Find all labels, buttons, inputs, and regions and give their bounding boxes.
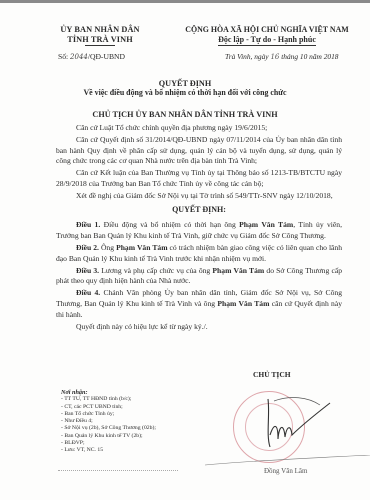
recipient-item: - CT, các PCT UBND tỉnh; <box>61 404 156 411</box>
article-4: Điều 4. Chánh Văn phòng Ủy ban nhân dân … <box>56 288 342 320</box>
issuer-line2: TỈNH TRÀ VINH <box>67 35 133 45</box>
signature-flourish-icon <box>205 455 370 467</box>
person-name: Phạm Văn Tám <box>212 266 264 275</box>
article-text: Điều động và bổ nhiệm có thời hạn ông <box>100 220 239 229</box>
decision-heading: QUYẾT ĐỊNH: <box>56 205 342 216</box>
article-label: Điều 2. <box>76 243 99 252</box>
recipient-item: - Lưu: VT, NC. 15 <box>61 447 156 454</box>
recipient-item: - Sở Nội vụ (2b), Sở Công Thương (02b); <box>61 425 156 432</box>
document-body: Căn cứ Luật Tổ chức chính quyền địa phươ… <box>56 123 342 334</box>
preamble-4: Xét đề nghị của Giám đốc Sở Nội vụ tại T… <box>56 191 342 202</box>
subtitle-text: Về việc điều động và bổ nhiệm có thời hạ… <box>83 88 286 97</box>
date-suffix: tháng 10 năm 2018 <box>279 52 338 61</box>
article-text: Ông <box>99 243 116 252</box>
date-prefix: Trà Vinh, ngày <box>225 52 270 61</box>
recipient-item: - BLĐVP; <box>61 440 156 447</box>
national-header: CỘNG HÒA XÃ HỘI CHỦ NGHĨA VIỆT NAM Độc l… <box>167 25 367 46</box>
preamble-3: Căn cứ Kết luận của Ban Thường vụ Tỉnh ủ… <box>56 168 342 189</box>
article-1: Điều 1. Điều động và bổ nhiệm có thời hạ… <box>56 220 342 241</box>
effective-clause: Quyết định này có hiệu lực kể từ ngày ký… <box>56 322 342 333</box>
article-label: Điều 3. <box>76 266 99 275</box>
article-2: Điều 2. Ông Phạm Văn Tám có trách nhiệm … <box>56 243 342 264</box>
article-label: Điều 4. <box>76 288 100 297</box>
decision-document: ỦY BAN NHÂN DÂN TỈNH TRÀ VINH CỘNG HÒA X… <box>0 3 370 500</box>
handwritten-signature-icon <box>260 395 340 455</box>
national-motto: Độc lập - Tự do - Hạnh phúc <box>218 35 316 46</box>
signer-name: Đồng Văn Lâm <box>264 467 307 475</box>
document-subtitle: Về việc điều động và bổ nhiệm có thời hạ… <box>0 88 370 98</box>
preamble-2: Căn cứ Quyết định số 31/2014/QĐ-UBND ngà… <box>56 135 342 167</box>
number-handwritten: 2044 <box>70 53 88 61</box>
person-name: Phạm Văn Tám <box>217 299 269 308</box>
preamble-1: Căn cứ Luật Tổ chức chính quyền địa phươ… <box>56 123 342 134</box>
issuer-line1: ỦY BAN NHÂN DÂN <box>40 25 160 35</box>
article-text: Lương và phụ cấp chức vụ của ông <box>99 266 212 275</box>
recipients-list: Nơi nhận: - TT TU, TT HĐND tỉnh (b/c); -… <box>61 389 156 455</box>
issuer-header: ỦY BAN NHÂN DÂN TỈNH TRÀ VINH <box>40 25 160 46</box>
document-number: Số: 2044/QĐ-UBND <box>58 52 125 61</box>
person-name: Phạm Văn Tám <box>239 220 293 229</box>
signature-title: CHỦ TỊCH <box>253 370 291 379</box>
number-suffix: /QĐ-UBND <box>88 52 125 61</box>
recipient-item: - Ban Quản lý Khu kinh tế TV (2b); <box>61 433 156 440</box>
footer-fine-print <box>58 470 178 473</box>
authority-heading: CHỦ TỊCH ỦY BAN NHÂN DÂN TỈNH TRÀ VINH <box>0 110 370 119</box>
document-date: Trà Vinh, ngày 16 tháng 10 năm 2018 <box>225 52 339 61</box>
number-prefix: Số: <box>58 52 70 61</box>
issuer-underline <box>85 45 115 46</box>
article-3: Điều 3. Lương và phụ cấp chức vụ của ông… <box>56 266 342 287</box>
article-label: Điều 1. <box>76 220 100 229</box>
person-name: Phạm Văn Tám <box>116 243 167 252</box>
recipient-item: - TT TU, TT HĐND tỉnh (b/c); <box>61 396 156 403</box>
national-title: CỘNG HÒA XÃ HỘI CHỦ NGHĨA VIỆT NAM <box>167 25 367 35</box>
